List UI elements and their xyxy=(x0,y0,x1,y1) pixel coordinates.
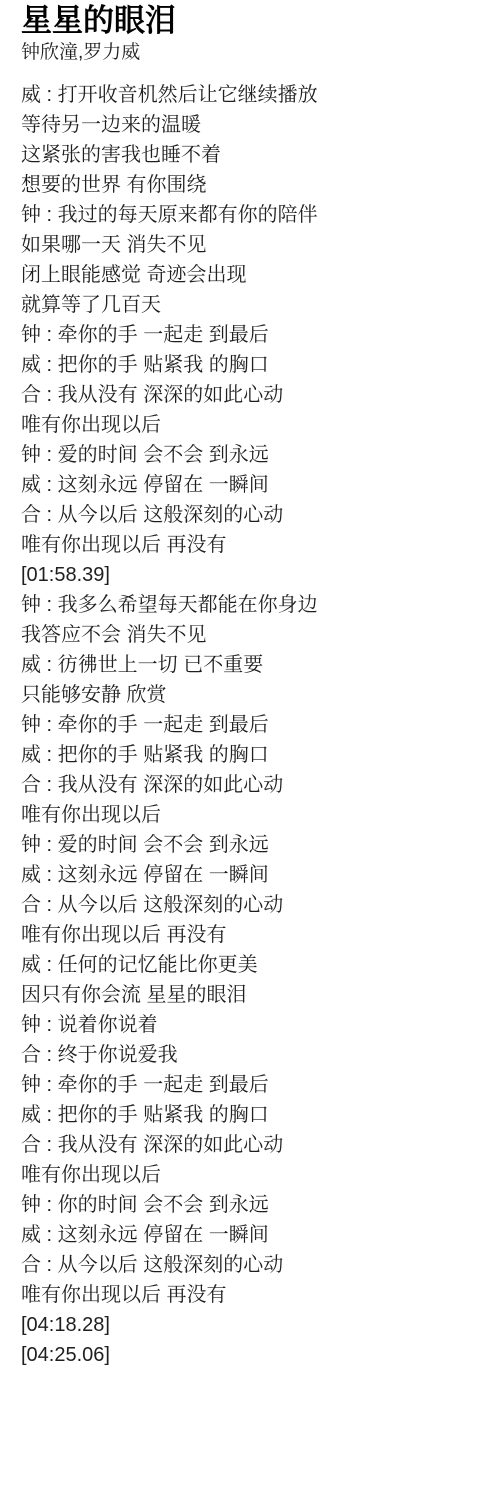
lyric-line: 合 : 从今以后 这般深刻的心动 xyxy=(21,890,480,920)
lyric-line: [04:25.06] xyxy=(21,1340,480,1370)
lyric-line: 威 : 任何的记忆能比你更美 xyxy=(21,950,480,980)
lyric-line: 唯有你出现以后 xyxy=(21,1160,480,1190)
lyric-line: 合 : 从今以后 这般深刻的心动 xyxy=(21,500,480,530)
lyric-line: 想要的世界 有你围绕 xyxy=(21,170,480,200)
artists-line: 钟欣潼,罗力威 xyxy=(21,41,480,64)
lyric-line: 钟 : 爱的时间 会不会 到永远 xyxy=(21,830,480,860)
lyric-line: 钟 : 我多么希望每天都能在你身边 xyxy=(21,590,480,620)
lyric-line: 钟 : 我过的每天原来都有你的陪伴 xyxy=(21,200,480,230)
lyric-line: 钟 : 牵你的手 一起走 到最后 xyxy=(21,320,480,350)
song-title: 星星的眼泪 xyxy=(21,3,480,39)
lyric-line: 威 : 打开收音机然后让它继续播放 xyxy=(21,80,480,110)
lyric-line: 合 : 我从没有 深深的如此心动 xyxy=(21,770,480,800)
lyric-line: 威 : 这刻永远 停留在 一瞬间 xyxy=(21,860,480,890)
lyric-line: 唯有你出现以后 再没有 xyxy=(21,920,480,950)
lyric-line: 威 : 彷彿世上一切 已不重要 xyxy=(21,650,480,680)
lyric-line: 唯有你出现以后 xyxy=(21,410,480,440)
lyric-line: 因只有你会流 星星的眼泪 xyxy=(21,980,480,1010)
lyric-line: 钟 : 说着你说着 xyxy=(21,1010,480,1040)
lyric-line: 这紧张的害我也睡不着 xyxy=(21,140,480,170)
lyric-line: 合 : 终于你说爱我 xyxy=(21,1040,480,1070)
lyric-line: 唯有你出现以后 再没有 xyxy=(21,530,480,560)
lyric-line: 等待另一边来的温暖 xyxy=(21,110,480,140)
lyric-line: 钟 : 爱的时间 会不会 到永远 xyxy=(21,440,480,470)
lyric-line: 合 : 我从没有 深深的如此心动 xyxy=(21,1130,480,1160)
lyric-line: [01:58.39] xyxy=(21,560,480,590)
lyric-line: 唯有你出现以后 xyxy=(21,800,480,830)
lyric-line: 威 : 这刻永远 停留在 一瞬间 xyxy=(21,470,480,500)
lyric-line: 就算等了几百天 xyxy=(21,290,480,320)
lyric-line: 我答应不会 消失不见 xyxy=(21,620,480,650)
lyrics-page: 星星的眼泪 钟欣潼,罗力威 威 : 打开收音机然后让它继续播放等待另一边来的温暖… xyxy=(0,0,500,1370)
lyric-line: 合 : 我从没有 深深的如此心动 xyxy=(21,380,480,410)
lyric-line: 钟 : 牵你的手 一起走 到最后 xyxy=(21,1070,480,1100)
lyric-line: 钟 : 你的时间 会不会 到永远 xyxy=(21,1190,480,1220)
lyrics-body: 威 : 打开收音机然后让它继续播放等待另一边来的温暖这紧张的害我也睡不着想要的世… xyxy=(21,80,480,1370)
lyric-line: 合 : 从今以后 这般深刻的心动 xyxy=(21,1250,480,1280)
lyric-line: 只能够安静 欣赏 xyxy=(21,680,480,710)
lyric-line: 如果哪一天 消失不见 xyxy=(21,230,480,260)
lyric-line: 唯有你出现以后 再没有 xyxy=(21,1280,480,1310)
lyric-line: 闭上眼能感觉 奇迹会出现 xyxy=(21,260,480,290)
lyric-line: 威 : 这刻永远 停留在 一瞬间 xyxy=(21,1220,480,1250)
lyric-line: [04:18.28] xyxy=(21,1310,480,1340)
lyric-line: 威 : 把你的手 贴紧我 的胸口 xyxy=(21,740,480,770)
lyric-line: 钟 : 牵你的手 一起走 到最后 xyxy=(21,710,480,740)
lyric-line: 威 : 把你的手 贴紧我 的胸口 xyxy=(21,1100,480,1130)
lyric-line: 威 : 把你的手 贴紧我 的胸口 xyxy=(21,350,480,380)
